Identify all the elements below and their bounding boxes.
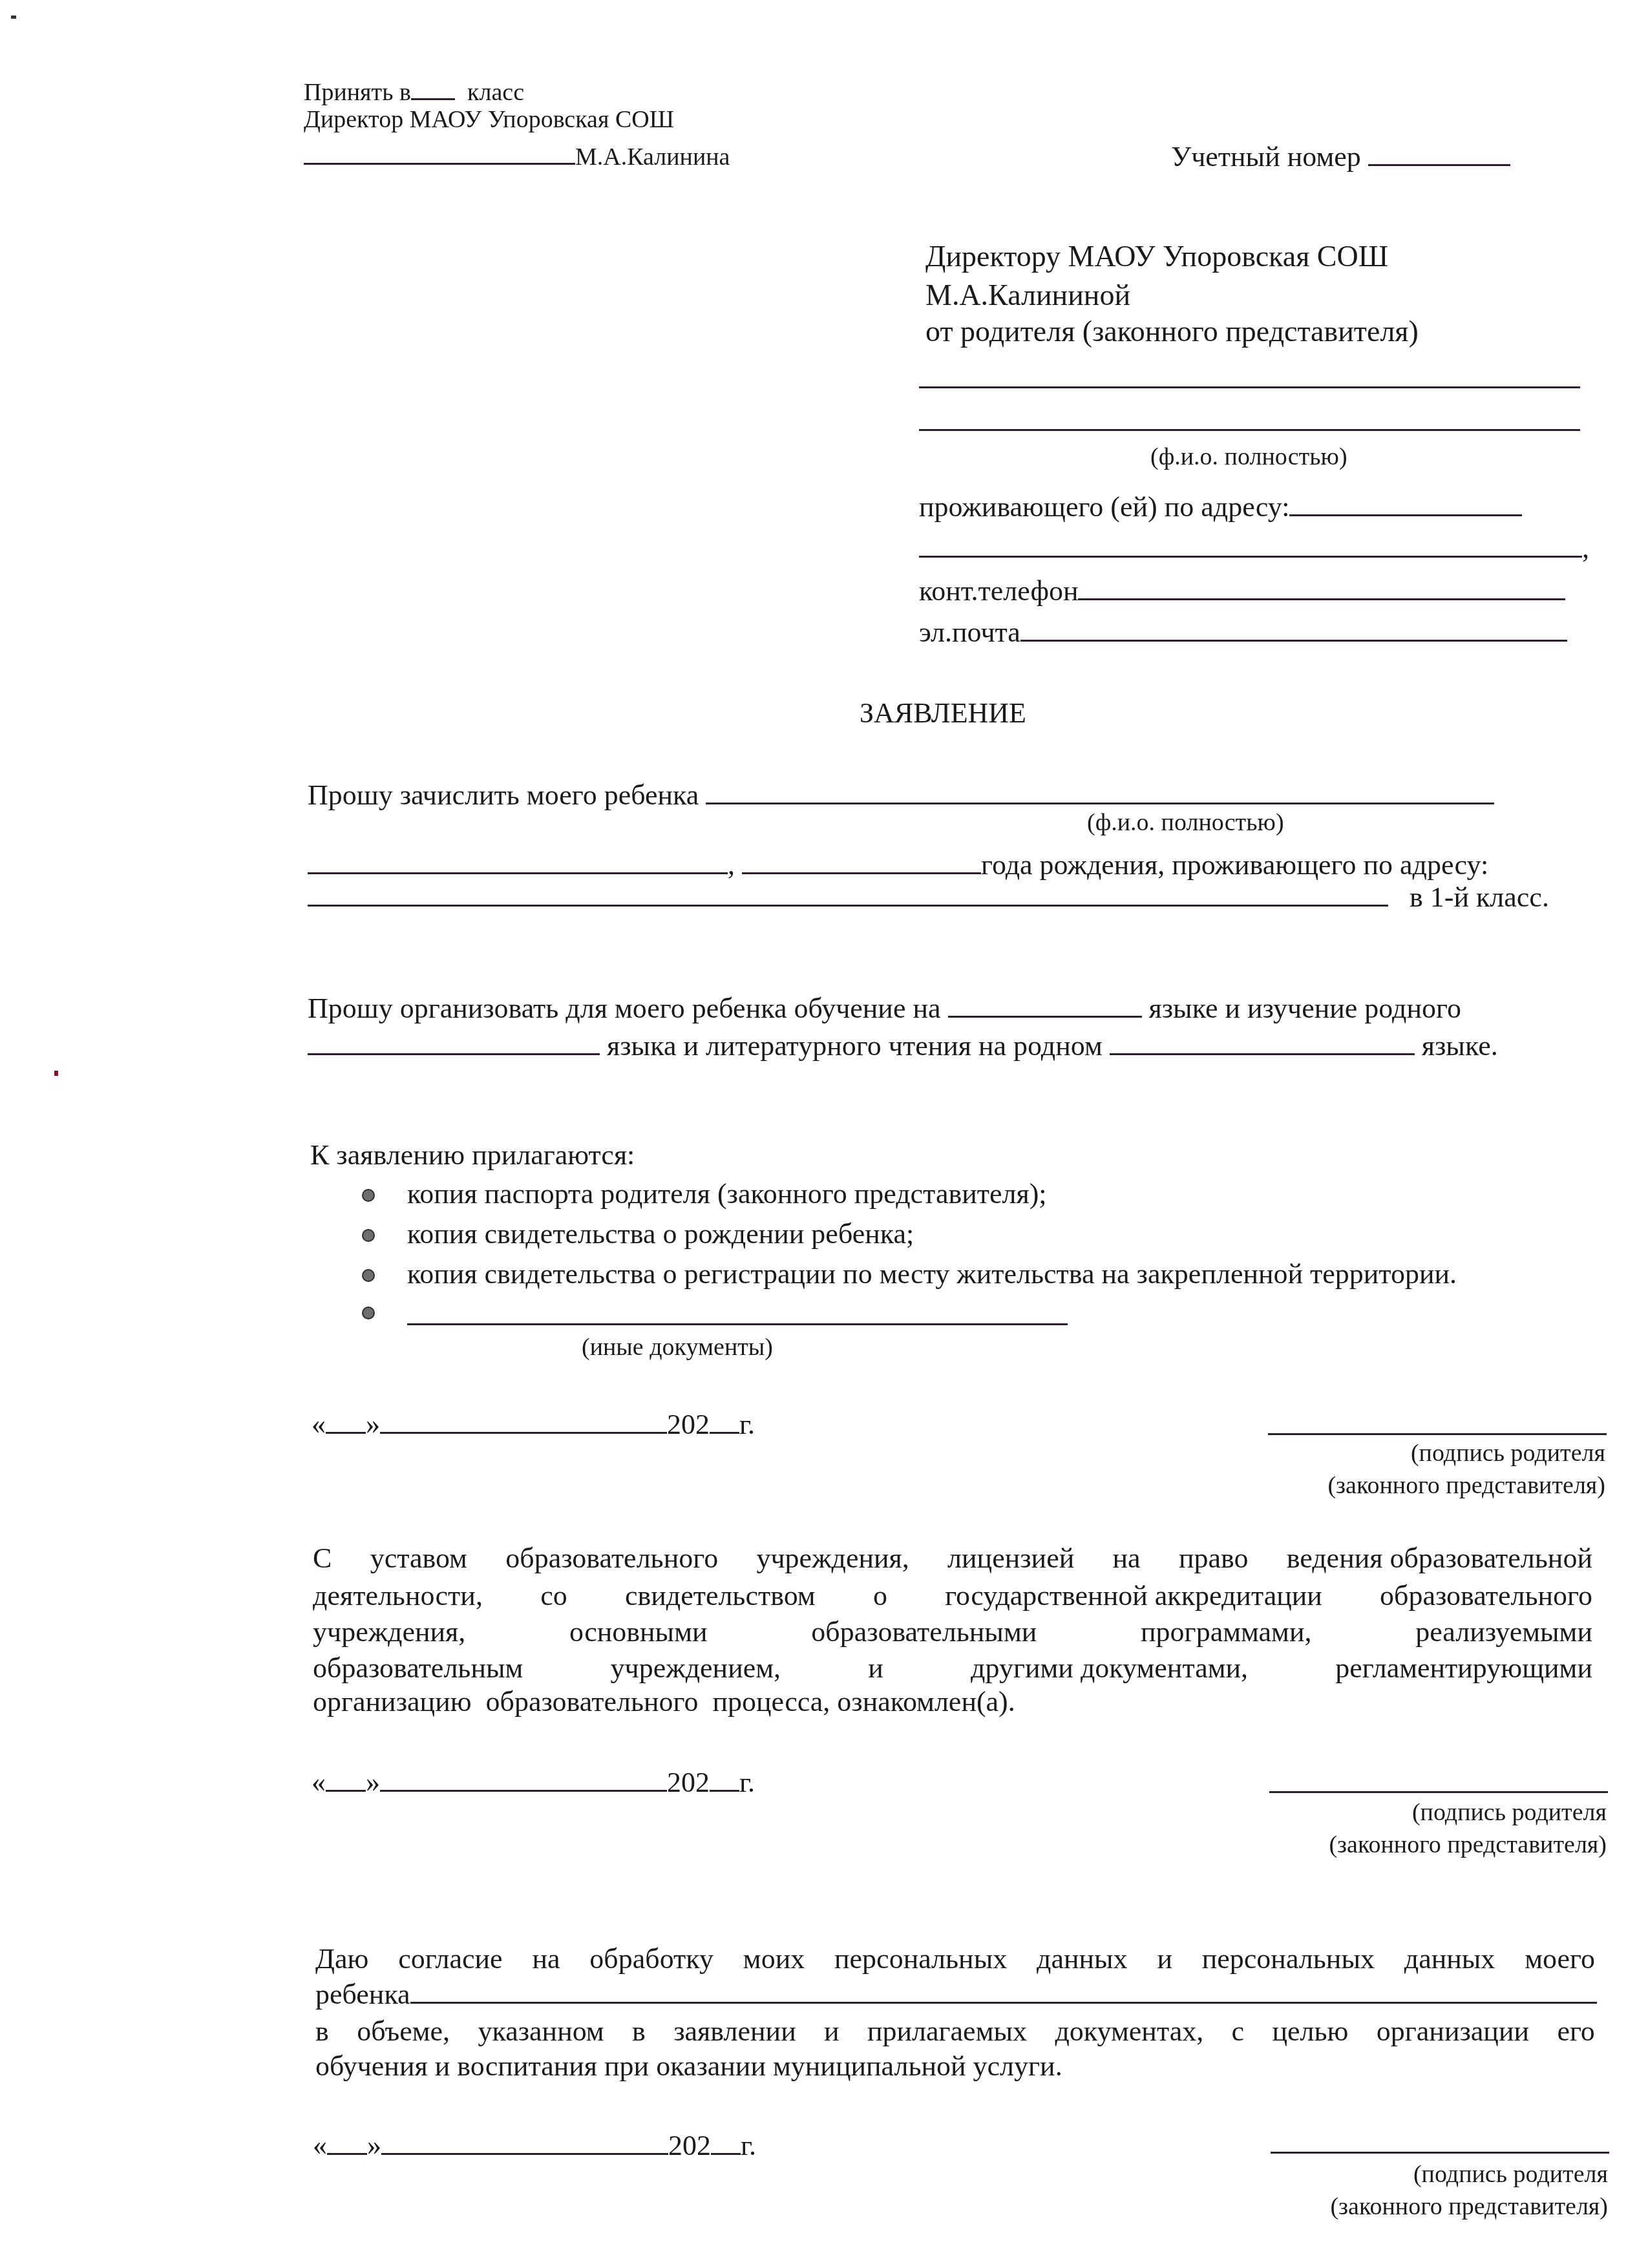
word: и (824, 2013, 840, 2050)
child-name-blank[interactable] (706, 777, 1494, 804)
consent-child-name-blank[interactable] (410, 1976, 1597, 2004)
ack-line: Суставомобразовательногоучреждения,лицен… (313, 1540, 1592, 1577)
word: программами, (1141, 1614, 1311, 1650)
word: его (1557, 2013, 1594, 2050)
word: организации (1377, 2013, 1529, 2050)
word: образовательного (1380, 1578, 1592, 1614)
attachment-item: копия свидетельства о регистрации по мес… (407, 1260, 1457, 1288)
day-blank[interactable] (326, 1406, 366, 1434)
word: в (632, 2013, 646, 2050)
word: со (540, 1578, 567, 1614)
word: данных (1037, 1941, 1128, 1977)
quote-open: « (313, 2130, 327, 2161)
document-title: ЗАЯВЛЕНИЕ (860, 699, 1026, 728)
year-prefix: 202 (668, 2130, 711, 2161)
word: и (868, 1650, 883, 1686)
birth-line: , года рождения, проживающего по адресу: (308, 846, 1488, 879)
other-documents-hint: (иные документы) (582, 1335, 773, 1360)
word: о (873, 1578, 887, 1614)
child-extra-blank[interactable] (308, 846, 728, 874)
addressee-to-name: М.А.Калининой (925, 280, 1130, 310)
word: учреждением, (611, 1650, 781, 1686)
bullet-icon (362, 1229, 375, 1242)
language-line-2: языка и литературного чтения на родном я… (308, 1027, 1498, 1060)
word: Даю (315, 1941, 368, 1977)
parent-name-blank-2[interactable] (919, 429, 1580, 431)
word: объеме, (357, 2013, 450, 2050)
word: С (313, 1540, 332, 1577)
ack-line: учреждения,основнымиобразовательнымипрог… (313, 1614, 1592, 1650)
word: данных (1404, 1941, 1495, 1977)
address-comma: , (1582, 532, 1589, 564)
enrollment-request-label: Прошу зачислить моего ребенка (308, 779, 699, 811)
consent-child-label: ребенка (315, 1979, 410, 2010)
language-line2-end: языке. (1422, 1030, 1498, 1062)
word: персональных (834, 1941, 1007, 1977)
director-signature-line: М.А.Калинина (304, 141, 730, 169)
native-reading-language-blank[interactable] (1110, 1027, 1415, 1055)
word: право (1179, 1540, 1249, 1577)
word: обработку (589, 1941, 713, 1977)
scan-mark (11, 16, 16, 19)
word: регламентирующими (1335, 1650, 1592, 1686)
director-signature-name: М.А.Калинина (575, 143, 730, 171)
address-line-2: , (919, 530, 1589, 563)
registration-number-line: Учетный номер (1171, 138, 1510, 171)
word: образовательными (811, 1614, 1037, 1650)
quote-close: » (366, 1409, 380, 1440)
word: деятельности, (313, 1578, 483, 1614)
signature-hint-2b: (законного представителя) (1329, 1832, 1607, 1857)
word: заявлении (673, 2013, 796, 2050)
day-blank[interactable] (327, 2127, 367, 2155)
attachment-item: копия свидетельства о рождении ребенка; (407, 1220, 914, 1248)
addressee-to-line: Директору МАОУ Упоровская СОШ (925, 242, 1388, 271)
word: на (532, 1941, 560, 1977)
phone-blank[interactable] (1078, 572, 1565, 600)
enrollment-request-line: Прошу зачислить моего ребенка (308, 777, 1494, 810)
birth-label: года рождения, проживающего по адресу: (981, 849, 1488, 881)
bullet-icon (362, 1189, 375, 1202)
birth-comma: , (728, 849, 735, 881)
language-line1-end: языке и изучение родного (1149, 992, 1461, 1024)
language-line1-start: Прошу организовать для моего ребенка обу… (308, 992, 941, 1024)
word: документах, (1055, 2013, 1203, 2050)
director-line: Директор МАОУ Упоровская СОШ (304, 107, 674, 132)
address-line: проживающего (ей) по адресу: (919, 488, 1522, 521)
year-prefix: 202 (667, 1767, 710, 1798)
word: другими документами, (971, 1650, 1248, 1686)
signature-hint-2a: (подпись родителя (1412, 1800, 1607, 1825)
parent-fio-hint: (ф.и.о. полностью) (1150, 445, 1347, 469)
consent-line-4: обучения и воспитания при оказании муниц… (315, 2052, 1062, 2081)
word: свидетельством (625, 1578, 816, 1614)
consent-line-1: Даюсогласиенаобработкумоихперсональныхда… (315, 1941, 1595, 1977)
word: указанном (478, 2013, 604, 2050)
instruction-language-blank[interactable] (948, 990, 1142, 1018)
signature-hint-3a: (подпись родителя (1413, 2162, 1608, 2187)
month-blank[interactable] (380, 1406, 667, 1434)
word: учреждения, (313, 1614, 465, 1650)
bullet-icon (362, 1269, 375, 1282)
date-line-3: «»202г. (313, 2127, 756, 2160)
signature-hint-1b: (законного представителя) (1327, 1473, 1605, 1498)
address-blank-2[interactable] (919, 530, 1582, 558)
date-line-2: «»202г. (312, 1764, 755, 1797)
date-line-1: «»202г. (312, 1406, 755, 1439)
consent-child-line: ребенка (315, 1976, 1597, 2009)
word: прилагаемых (867, 2013, 1027, 2050)
word: моего (1525, 1941, 1595, 1977)
scan-mark (54, 1071, 58, 1076)
year-suffix: г. (739, 1409, 755, 1440)
bullet-icon (362, 1307, 375, 1319)
registration-number-blank[interactable] (1368, 138, 1510, 166)
word: моих (743, 1941, 805, 1977)
language-line-1: Прошу организовать для моего ребенка обу… (308, 990, 1461, 1023)
word: образовательного (505, 1540, 718, 1577)
director-signature-blank[interactable] (304, 141, 575, 165)
word: государственной аккредитации (945, 1578, 1322, 1614)
child-address-blank[interactable] (308, 879, 1388, 907)
signature-blank-3[interactable] (1271, 2152, 1609, 2154)
month-blank[interactable] (381, 2127, 668, 2155)
signature-blank-1[interactable] (1268, 1433, 1607, 1435)
quote-close: » (366, 1767, 380, 1798)
word: ведения образовательной (1287, 1540, 1592, 1577)
consent-line-3: вобъеме,указанномвзаявлениииприлагаемыхд… (315, 2013, 1595, 2050)
ack-line: деятельности,сосвидетельствомогосударств… (313, 1578, 1592, 1614)
year-blank[interactable] (711, 2127, 741, 2155)
addressee-from-line: от родителя (законного представителя) (925, 317, 1419, 346)
year-prefix: 202 (667, 1409, 710, 1440)
word: целью (1272, 2013, 1348, 2050)
word: учреждения, (756, 1540, 909, 1577)
year-suffix: г. (741, 2130, 756, 2161)
year-blank[interactable] (710, 1406, 739, 1434)
signature-hint-3b: (законного представителя) (1330, 2194, 1608, 2219)
year-blank[interactable] (710, 1764, 739, 1792)
class-label: класс (467, 79, 524, 106)
child-fio-hint: (ф.и.о. полностью) (1087, 810, 1284, 835)
word: уставом (370, 1540, 467, 1577)
first-class-label: в 1-й класс. (1410, 881, 1549, 913)
signature-blank-2[interactable] (1269, 1791, 1608, 1793)
phone-label: конт.телефон (919, 575, 1078, 607)
ack-line: образовательнымучреждением,идругими доку… (313, 1650, 1592, 1686)
quote-open: « (312, 1409, 326, 1440)
parent-name-blank-1[interactable] (919, 386, 1580, 388)
year-suffix: г. (739, 1767, 755, 1798)
word: образовательным (313, 1650, 523, 1686)
birth-year-blank[interactable] (742, 846, 981, 874)
email-line: эл.почта (919, 614, 1567, 647)
word: на (1113, 1540, 1141, 1577)
word: реализуемыми (1415, 1614, 1592, 1650)
word: согласие (398, 1941, 502, 1977)
email-blank[interactable] (1020, 614, 1567, 642)
word: персональных (1202, 1941, 1375, 1977)
quote-close: » (367, 2130, 381, 2161)
registration-label: Учетный номер (1171, 141, 1361, 173)
word: лицензией (947, 1540, 1074, 1577)
quote-open: « (312, 1767, 326, 1798)
address-blank-1[interactable] (1289, 488, 1522, 516)
word: в (315, 2013, 329, 2050)
word: с (1232, 2013, 1245, 2050)
month-blank[interactable] (380, 1764, 667, 1792)
class-number-blank[interactable] (411, 76, 455, 100)
child-address-line: в 1-й класс. (308, 879, 1549, 912)
day-blank[interactable] (326, 1764, 366, 1792)
word: основными (569, 1614, 707, 1650)
native-language-blank[interactable] (308, 1027, 600, 1055)
language-line2-mid: языка и литературного чтения на родном (607, 1030, 1103, 1062)
accept-in-class-line: Принять в класс (304, 76, 524, 105)
other-documents-blank[interactable] (407, 1323, 1068, 1325)
word: и (1157, 1941, 1172, 1977)
ack-last-line: организацию образовательного процесса, о… (313, 1688, 1015, 1716)
accept-label: Принять в (304, 79, 411, 106)
phone-line: конт.телефон (919, 572, 1565, 605)
email-label: эл.почта (919, 616, 1020, 648)
address-label: проживающего (ей) по адресу: (919, 491, 1289, 523)
attachment-item: копия паспорта родителя (законного предс… (407, 1180, 1047, 1208)
attachments-heading: К заявлению прилагаются: (310, 1141, 635, 1170)
signature-hint-1a: (подпись родителя (1411, 1441, 1605, 1465)
